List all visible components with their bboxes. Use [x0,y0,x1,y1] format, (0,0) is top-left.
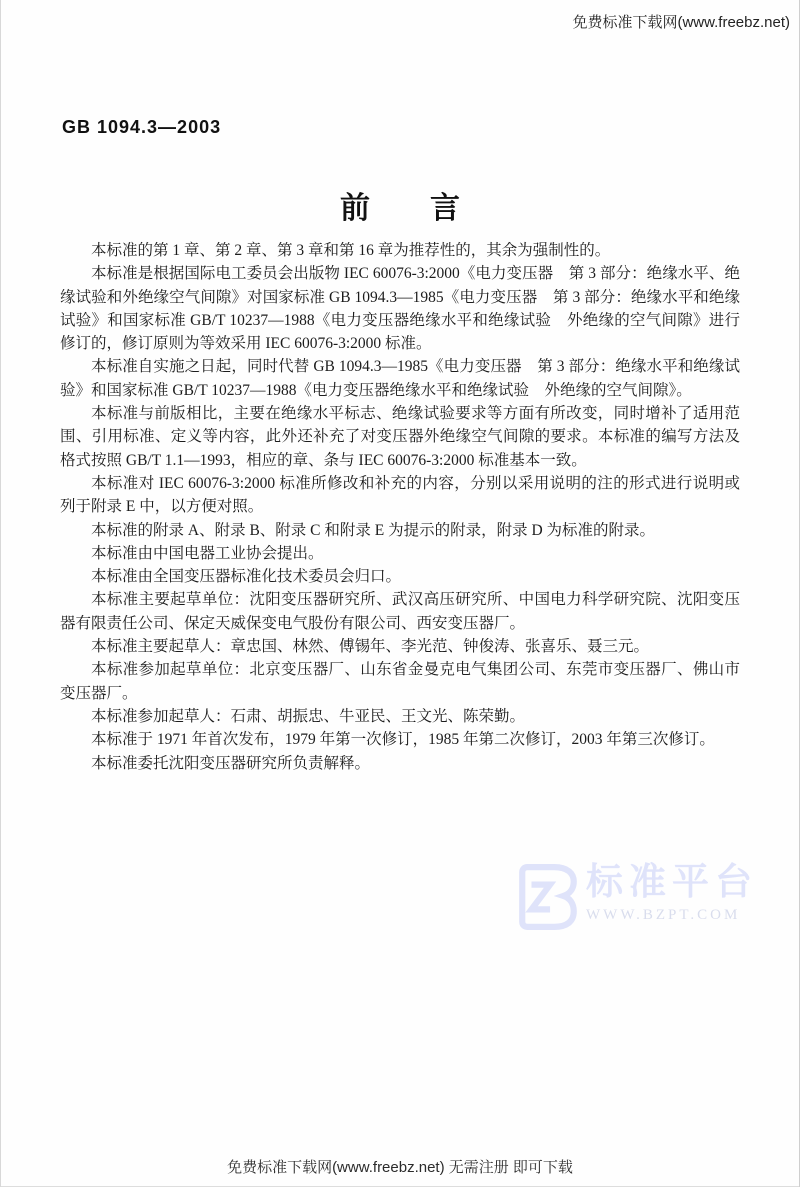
bzpt-logo-icon [518,863,578,936]
paragraph: 本标准是根据国际电工委员会出版物 IEC 60076-3:2000《电力变压器 … [60,262,740,355]
paragraph: 本标准的附录 A、附录 B、附录 C 和附录 E 为提示的附录，附录 D 为标准… [60,519,740,542]
paragraph: 本标准的第 1 章、第 2 章、第 3 章和第 16 章为推荐性的，其余为强制性… [60,239,740,262]
foreword-body: 本标准的第 1 章、第 2 章、第 3 章和第 16 章为推荐性的，其余为强制性… [60,239,740,775]
paragraph: 本标准主要起草单位：沈阳变压器研究所、武汉高压研究所、中国电力科学研究院、沈阳变… [60,588,740,635]
paragraph: 本标准由中国电器工业协会提出。 [60,542,740,565]
foreword-title: 前 言 [0,183,800,227]
watermark-url: WWW.BZPT.COM [586,907,758,924]
watermark-name: 标准平台 [586,863,758,903]
paragraph: 本标准于 1971 年首次发布，1979 年第一次修订，1985 年第二次修订，… [60,728,740,751]
top-site-watermark-text: 免费标准下载网(www.freebz.net) [572,11,790,32]
paragraph: 本标准委托沈阳变压器研究所负责解释。 [60,752,740,775]
paragraph: 本标准参加起草人：石肃、胡振忠、牛亚民、王文光、陈荣勤。 [60,705,740,728]
paragraph: 本标准由全国变压器标准化技术委员会归口。 [60,565,740,588]
bzpt-watermark: 标准平台 WWW.BZPT.COM [518,863,758,936]
paragraph: 本标准与前版相比，主要在绝缘水平标志、绝缘试验要求等方面有所改变，同时增补了适用… [60,402,740,472]
paragraph: 本标准参加起草单位：北京变压器厂、山东省金曼克电气集团公司、东莞市变压器厂、佛山… [60,658,740,705]
standard-number: GB 1094.3—2003 [62,117,221,138]
document-page: 免费标准下载网(www.freebz.net) GB 1094.3—2003 前… [0,0,800,1187]
paragraph: 本标准自实施之日起，同时代替 GB 1094.3—1985《电力变压器 第 3 … [60,355,740,402]
paragraph: 本标准主要起草人：章忠国、林然、傅锡年、李光范、钟俊涛、张喜乐、聂三元。 [60,635,740,658]
footer-site-watermark-text: 免费标准下载网(www.freebz.net) 无需注册 即可下载 [0,1156,800,1177]
paragraph: 本标准对 IEC 60076-3:2000 标准所修改和补充的内容，分别以采用说… [60,472,740,519]
